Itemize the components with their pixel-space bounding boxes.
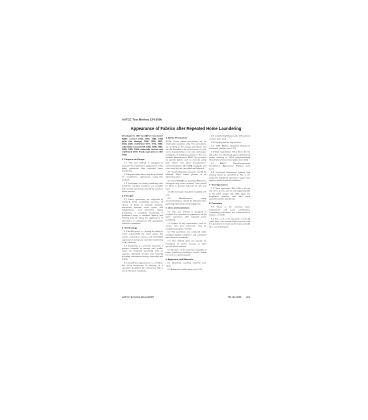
document-title: Appearance of Fabrics after Repeated Hom… [122,126,250,131]
paragraph: 3.1 durable press, n.—having the ability… [122,230,163,243]
text-column: 4. Safety PrecautionsNOTE: These safety … [166,135,207,286]
paragraph: 5.2 Fabrics of any construction, such as… [166,222,207,230]
paragraph: 4.1 Good laboratory practices should be … [166,171,207,179]
section-heading: 3. Terminology [122,227,163,230]
paragraph: NOTE: These safety precautions are for i… [166,140,207,170]
paragraph: 6.1 Automatic washing machine (see 12.2)… [166,262,207,267]
text-column: 6.3 Conditioning/drying racks with pull-… [209,135,250,286]
paragraph: 5.5 Because of the potential variability… [166,249,207,257]
footer-page-number: 221 [246,296,250,298]
paragraph: 1.1 This test method is designed to eval… [122,162,163,173]
paragraph: 6.2 Automatic tumble dryer (see 12.3). [166,268,207,271]
document-page-thumbnail: AATCC Test Method 124-2006 Appearance of… [122,118,250,300]
paragraph: 1.3 Techniques for home laundering with … [122,182,163,193]
paragraph: 8.2 For a 1.8 ± 0.1 kg (4.00 ± 0.25 lb) … [209,218,250,229]
paragraph: 1.2 Any washable fabric may be evaluated… [122,173,163,181]
paragraph: 6.6 Wash load ballast: 920 x 920 ± 30 mm… [209,151,250,162]
paragraph: 4.3 All chemicals should be handled with… [166,191,207,196]
paragraph: 6.5 1993 AATCC Standard Reference Deterg… [209,145,250,150]
footer-method-ref: TM 124-2006 [228,296,242,298]
columns: Developed in 1967 by AATCC Committee RA6… [122,135,250,286]
paragraph: 6.3 Conditioning/drying racks with pull-… [209,135,250,140]
document-preview-canvas: AATCC Test Method 124-2006 Appearance of… [0,0,368,420]
paragraph: 4.4 Manufacturer's safety recommendation… [166,197,207,205]
section-heading: 8. Procedure [209,202,250,205]
footer-right-group: TM 124-2006 221 [228,296,250,298]
paragraph: 6.7 AATCC Three-Dimensional Smoothness A… [209,162,250,170]
text-column: Developed in 1967 by AATCC Committee RA6… [122,135,163,286]
document-header-method-number: AATCC Test Method 124-2006 [122,118,250,121]
paragraph: 5.1 This test method is designed to eval… [166,211,207,222]
document-page: AATCC Test Method 124-2006 Appearance of… [122,118,250,300]
section-heading: 6. Apparatus and Materials [166,258,207,261]
footer-manual-label: AATCC Technical Manual/2007 [122,296,154,298]
section-heading: 7. Test Specimens [209,184,250,187]
paragraph: 3.3 smoothness appearance, n.—of fabric,… [122,262,163,273]
paragraph: 6.4 Drip dry and line dry facilities. [209,141,250,144]
section-heading: 4. Safety Precautions [166,137,207,140]
section-heading: 2. Principle [122,195,163,198]
paragraph: Developed in 1967 by AATCC Committee RA6… [122,135,163,156]
paragraph: 3.2 laundering, n.—of textile materials,… [122,245,163,261]
paragraph: 5.4 This method does not provide for eva… [166,240,207,248]
section-heading: 1. Purpose and Scope [122,158,163,161]
paragraph: 7.1 Three specimens 380 x 380 ± 10 mm (1… [209,187,250,200]
section-heading: 5. Uses and Limitations [166,207,207,210]
paragraph: 5.3 The specimens are evaluated under st… [166,231,207,239]
paragraph: 6.8 Overhead fluorescent lighting and vi… [209,171,250,182]
paragraph: 8.1 Wash at the selected water temperatu… [209,206,250,217]
page-footer: AATCC Technical Manual/2007 TM 124-2006 … [122,296,250,298]
paragraph: 4.2 The 1993 AATCC Standard Reference De… [166,180,207,191]
paragraph: 2.1 Fabric specimens are subjected to st… [122,198,163,225]
